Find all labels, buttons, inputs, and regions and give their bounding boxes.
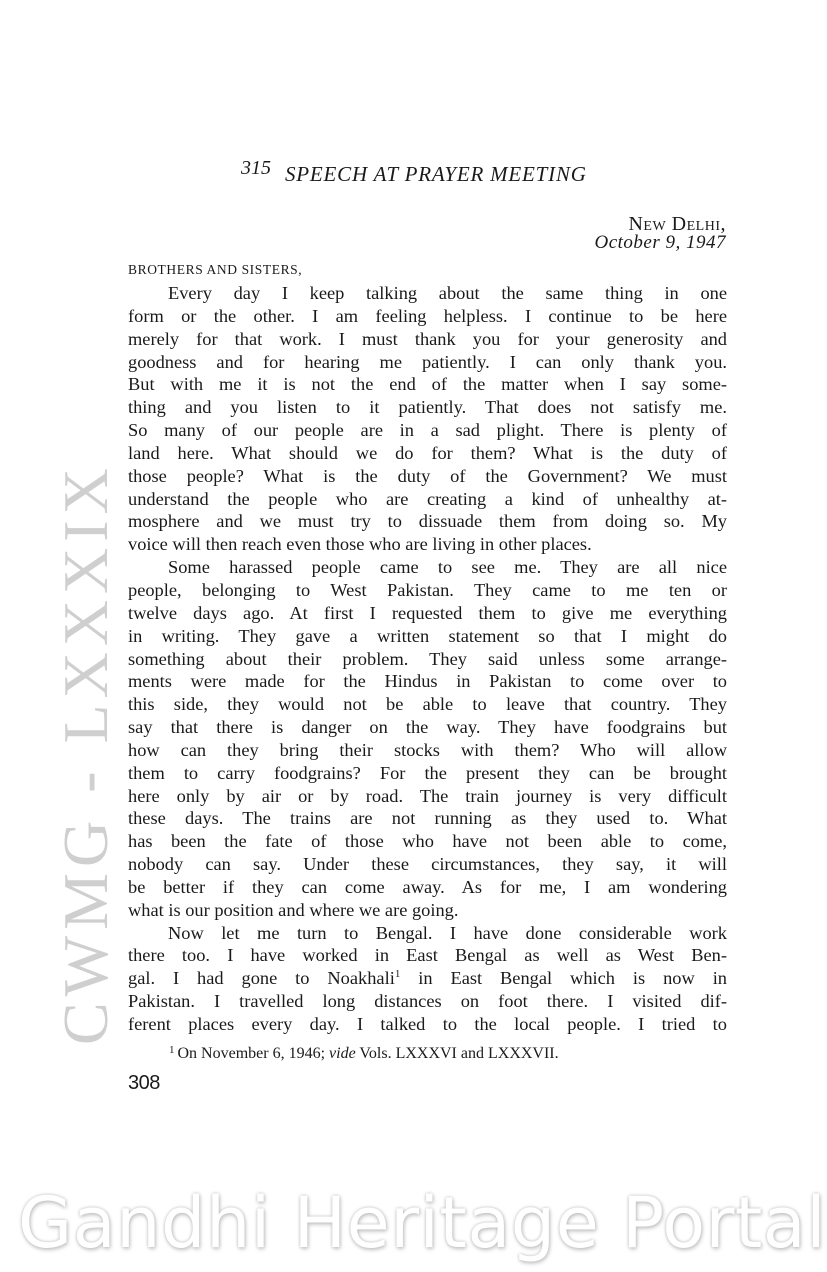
text-line: people, belonging to West Pakistan. They… <box>128 579 727 602</box>
footnote-marker: 1 <box>169 1044 175 1056</box>
text-line: Pakistan. I travelled long distances on … <box>128 990 727 1013</box>
text-line: ferent places every day. I talked to the… <box>128 1013 727 1036</box>
text-line: say that there is danger on the way. The… <box>128 716 727 739</box>
text-line: be better if they can come away. As for … <box>128 876 727 899</box>
text-line: land here. What should we do for them? W… <box>128 442 727 465</box>
text-line: Now let me turn to Bengal. I have done c… <box>128 922 727 945</box>
footnote: 1On November 6, 1946; vide Vols. LXXXVI … <box>169 1044 559 1063</box>
text-line: has been the fate of those who have not … <box>128 830 727 853</box>
text-line: gal. I had gone to Noakhali1 in East Ben… <box>128 967 727 990</box>
text-line: Every day I keep talking about the same … <box>128 282 727 305</box>
text-line: in writing. They gave a written statemen… <box>128 625 727 648</box>
text-line: mosphere and we must try to dissuade the… <box>128 510 727 533</box>
text-line: form or the other. I am feeling helpless… <box>128 305 727 328</box>
speech-body: Every day I keep talking about the same … <box>128 282 727 1036</box>
text-line: nobody can say. Under these circumstance… <box>128 853 727 876</box>
text-line: how can they bring their stocks with the… <box>128 739 727 762</box>
salutation: BROTHERS AND SISTERS, <box>128 262 302 278</box>
text-line: merely for that work. I must thank you f… <box>128 328 727 351</box>
text-line: goodness and for hearing me patiently. I… <box>128 351 727 374</box>
gandhi-heritage-portal-watermark: Gandhi Heritage Portal <box>18 1188 826 1258</box>
text-line: So many of our people are in a sad pligh… <box>128 419 727 442</box>
text-line: twelve days ago. At first I requested th… <box>128 602 727 625</box>
text-line: something about their problem. They said… <box>128 648 727 671</box>
text-line: these days. The trains are not running a… <box>128 807 727 830</box>
footnote-italic: vide <box>329 1045 356 1062</box>
text-line: what is our position and where we are go… <box>128 899 727 922</box>
footnote-reference: 1 <box>395 968 401 980</box>
text-line: there too. I have worked in East Bengal … <box>128 944 727 967</box>
text-line: those people? What is the duty of the Go… <box>128 465 727 488</box>
text-line: here only by air or by road. The train j… <box>128 785 727 808</box>
text-line: Some harassed people came to see me. The… <box>128 556 727 579</box>
cwmg-volume-watermark: CWMG - LXXXIX <box>54 462 118 1045</box>
item-number: 315 <box>241 157 271 179</box>
date-line: October 9, 1947 <box>594 232 726 254</box>
text-line: voice will then reach even those who are… <box>128 533 727 556</box>
text-line: this side, they would not be able to lea… <box>128 693 727 716</box>
text-line: But with me it is not the end of the mat… <box>128 373 727 396</box>
page-number: 308 <box>128 1072 160 1095</box>
page-title: SPEECH AT PRAYER MEETING <box>285 162 587 186</box>
text-line: ments were made for the Hindus in Pakist… <box>128 670 727 693</box>
text-line: them to carry foodgrains? For the presen… <box>128 762 727 785</box>
text-line: thing and you listen to it patiently. Th… <box>128 396 727 419</box>
footnote-text-after: Vols. LXXXVI and LXXXVII. <box>356 1045 559 1062</box>
document-heading: 315SPEECH AT PRAYER MEETING <box>241 162 587 187</box>
footnote-text-before: On November 6, 1946; <box>178 1045 330 1062</box>
text-line: understand the people who are creating a… <box>128 488 727 511</box>
